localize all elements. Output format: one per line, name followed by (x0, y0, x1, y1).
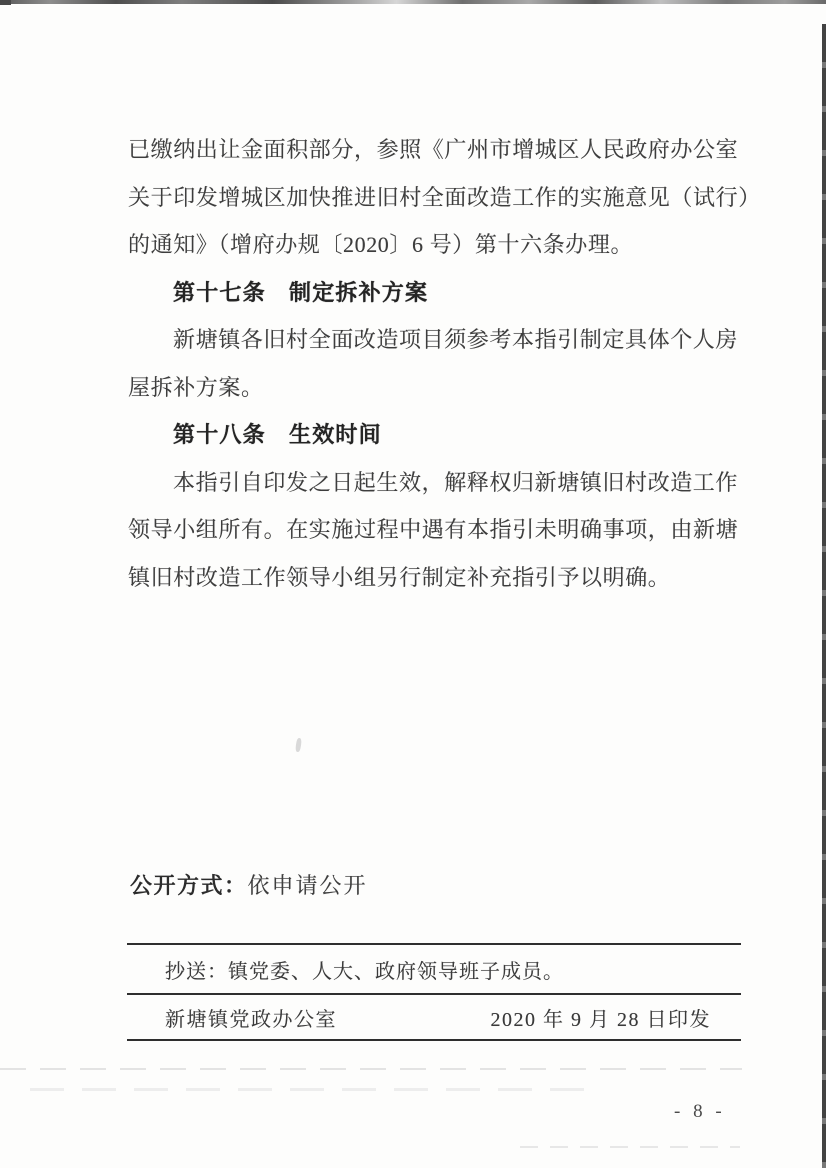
scan-artifact-right-edge (822, 24, 826, 1168)
body-line: 屋拆补方案。 (128, 364, 744, 412)
publicity-method-label: 公开方式： (130, 873, 248, 898)
body-line: 的通知》（增府办规〔2020〕6 号）第十六条办理。 (128, 221, 744, 269)
cc-row: 抄送：镇党委、人大、政府领导班子成员。 (127, 945, 741, 995)
scanned-document-page: 已缴纳出让金面积部分，参照《广州市增城区人民政府办公室 关于印发增城区加快推进旧… (0, 0, 826, 1168)
document-body: 已缴纳出让金面积部分，参照《广州市增城区人民政府办公室 关于印发增城区加快推进旧… (128, 126, 744, 601)
scan-artifact-top-left-corner (0, 0, 11, 5)
body-line: 关于印发增城区加快推进旧村全面改造工作的实施意见（试行） (128, 174, 744, 222)
scan-artifact-faint-line (30, 1088, 590, 1091)
body-line: 镇旧村改造工作领导小组另行制定补充指引予以明确。 (128, 554, 744, 602)
publicity-method-value: 依申请公开 (248, 873, 368, 898)
scan-artifact-speck (295, 738, 302, 753)
scan-artifact-faint-line (520, 1146, 740, 1148)
page-number: - 8 - (674, 1101, 726, 1123)
section-heading-article-18: 第十八条 生效时间 (128, 411, 744, 459)
scan-artifact-faint-line (0, 1068, 742, 1070)
publicity-method-line: 公开方式：依申请公开 (130, 869, 368, 900)
body-line: 新塘镇各旧村全面改造项目须参考本指引制定具体个人房 (128, 316, 744, 364)
cc-label: 抄送： (165, 955, 228, 984)
body-line: 本指引自印发之日起生效，解释权归新塘镇旧村改造工作 (128, 459, 744, 507)
section-heading-article-17: 第十七条 制定拆补方案 (128, 269, 744, 317)
issue-date: 2020 年 9 月 28 日印发 (491, 1003, 712, 1032)
scan-artifact-top-edge (0, 0, 826, 4)
body-line: 已缴纳出让金面积部分，参照《广州市增城区人民政府办公室 (128, 126, 744, 174)
body-line: 领导小组所有。在实施过程中遇有本指引未明确事项，由新塘 (128, 506, 744, 554)
issue-row: 新塘镇党政办公室 2020 年 9 月 28 日印发 (127, 995, 741, 1039)
document-footer: 抄送：镇党委、人大、政府领导班子成员。 新塘镇党政办公室 2020 年 9 月 … (127, 943, 741, 1041)
cc-recipients: 镇党委、人大、政府领导班子成员。 (228, 955, 564, 984)
issuing-office: 新塘镇党政办公室 (165, 1003, 337, 1032)
